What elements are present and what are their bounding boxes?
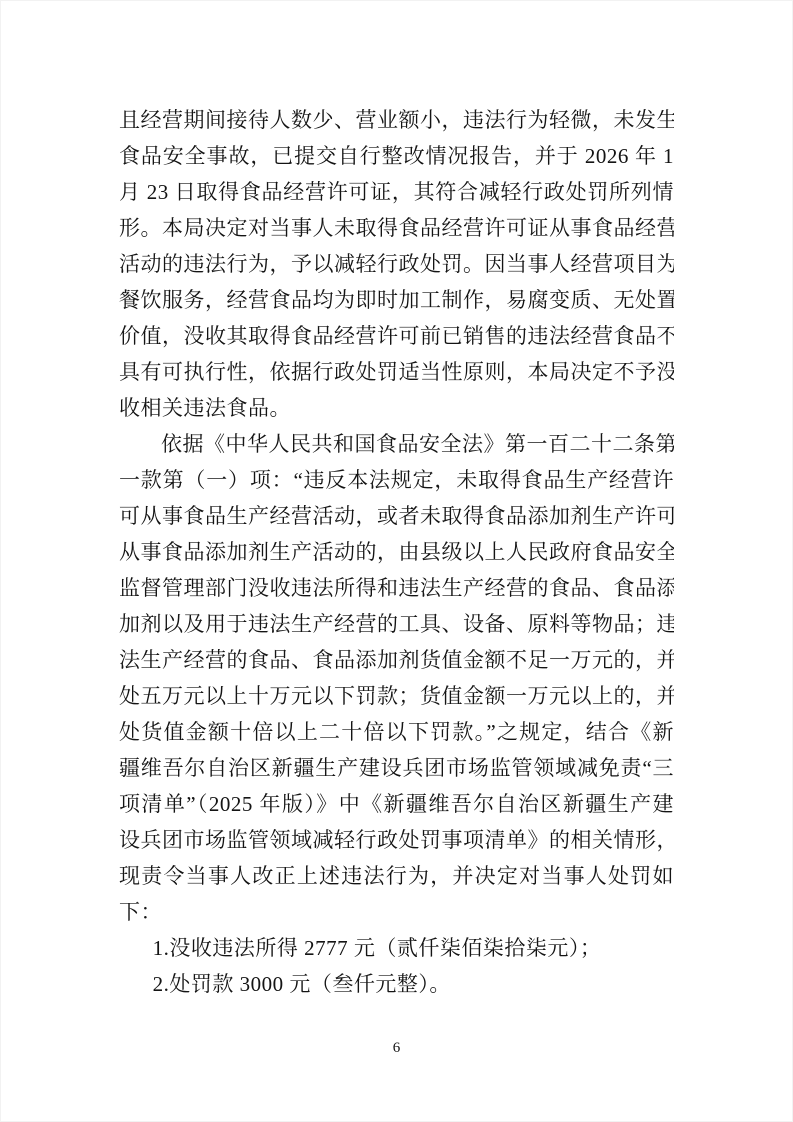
- text-line: 具有可执行性，依据行政处罚适当性原则，本局决定不予没: [119, 354, 674, 390]
- paragraph: 1.没收违法所得 2777 元（贰仟柒佰柒拾柒元）；: [119, 930, 674, 966]
- paragraph: 且经营期间接待人数少、营业额小，违法行为轻微，未发生食品安全事故，已提交自行整改…: [119, 102, 674, 426]
- text-line: 项清单”（2025 年版）》中《新疆维吾尔自治区新疆生产建: [119, 786, 674, 822]
- text-line: 可从事食品生产经营活动，或者未取得食品添加剂生产许可: [119, 498, 674, 534]
- text-line: 设兵团市场监管领域减轻行政处罚事项清单》的相关情形，: [119, 822, 674, 858]
- text-line: 食品安全事故，已提交自行整改情况报告，并于 2026 年 1: [119, 138, 674, 174]
- text-line: 从事食品添加剂生产活动的，由县级以上人民政府食品安全: [119, 534, 674, 570]
- text-line: 疆维吾尔自治区新疆生产建设兵团市场监管领域减免责“三: [119, 750, 674, 786]
- text-line: 处五万元以上十万元以下罚款；货值金额一万元以上的，并: [119, 678, 674, 714]
- paragraph: 依据《中华人民共和国食品安全法》第一百二十二条第一款第（一）项：“违反本法规定，…: [119, 426, 674, 930]
- text-line: 月 23 日取得食品经营许可证，其符合减轻行政处罚所列情: [119, 174, 674, 210]
- text-line: 加剂以及用于违法生产经营的工具、设备、原料等物品；违: [119, 606, 674, 642]
- text-line: 价值，没收其取得食品经营许可前已销售的违法经营食品不: [119, 318, 674, 354]
- text-line: 形。本局决定对当事人未取得食品经营许可证从事食品经营: [119, 210, 674, 246]
- text-line: 监督管理部门没收违法所得和违法生产经营的食品、食品添: [119, 570, 674, 606]
- text-line: 1.没收违法所得 2777 元（贰仟柒佰柒拾柒元）；: [119, 930, 674, 966]
- document-body: 且经营期间接待人数少、营业额小，违法行为轻微，未发生食品安全事故，已提交自行整改…: [119, 102, 674, 1002]
- text-line: 下：: [119, 894, 674, 930]
- document-page: 且经营期间接待人数少、营业额小，违法行为轻微，未发生食品安全事故，已提交自行整改…: [0, 0, 793, 1122]
- text-line: 收相关违法食品。: [119, 390, 674, 426]
- text-line: 活动的违法行为，予以减轻行政处罚。因当事人经营项目为: [119, 246, 674, 282]
- text-line: 现责令当事人改正上述违法行为，并决定对当事人处罚如: [119, 858, 674, 894]
- text-line: 一款第（一）项：“违反本法规定，未取得食品生产经营许: [119, 462, 674, 498]
- text-line: 处货值金额十倍以上二十倍以下罚款。”之规定，结合《新: [119, 714, 674, 750]
- text-line: 餐饮服务，经营食品均为即时加工制作，易腐变质、无处置: [119, 282, 674, 318]
- paragraph: 2.处罚款 3000 元（叁仟元整）。: [119, 966, 674, 1002]
- text-line: 2.处罚款 3000 元（叁仟元整）。: [119, 966, 674, 1002]
- text-line: 法生产经营的食品、食品添加剂货值金额不足一万元的，并: [119, 642, 674, 678]
- text-line: 依据《中华人民共和国食品安全法》第一百二十二条第: [119, 426, 674, 462]
- page-number: 6: [0, 1038, 793, 1058]
- text-line: 且经营期间接待人数少、营业额小，违法行为轻微，未发生: [119, 102, 674, 138]
